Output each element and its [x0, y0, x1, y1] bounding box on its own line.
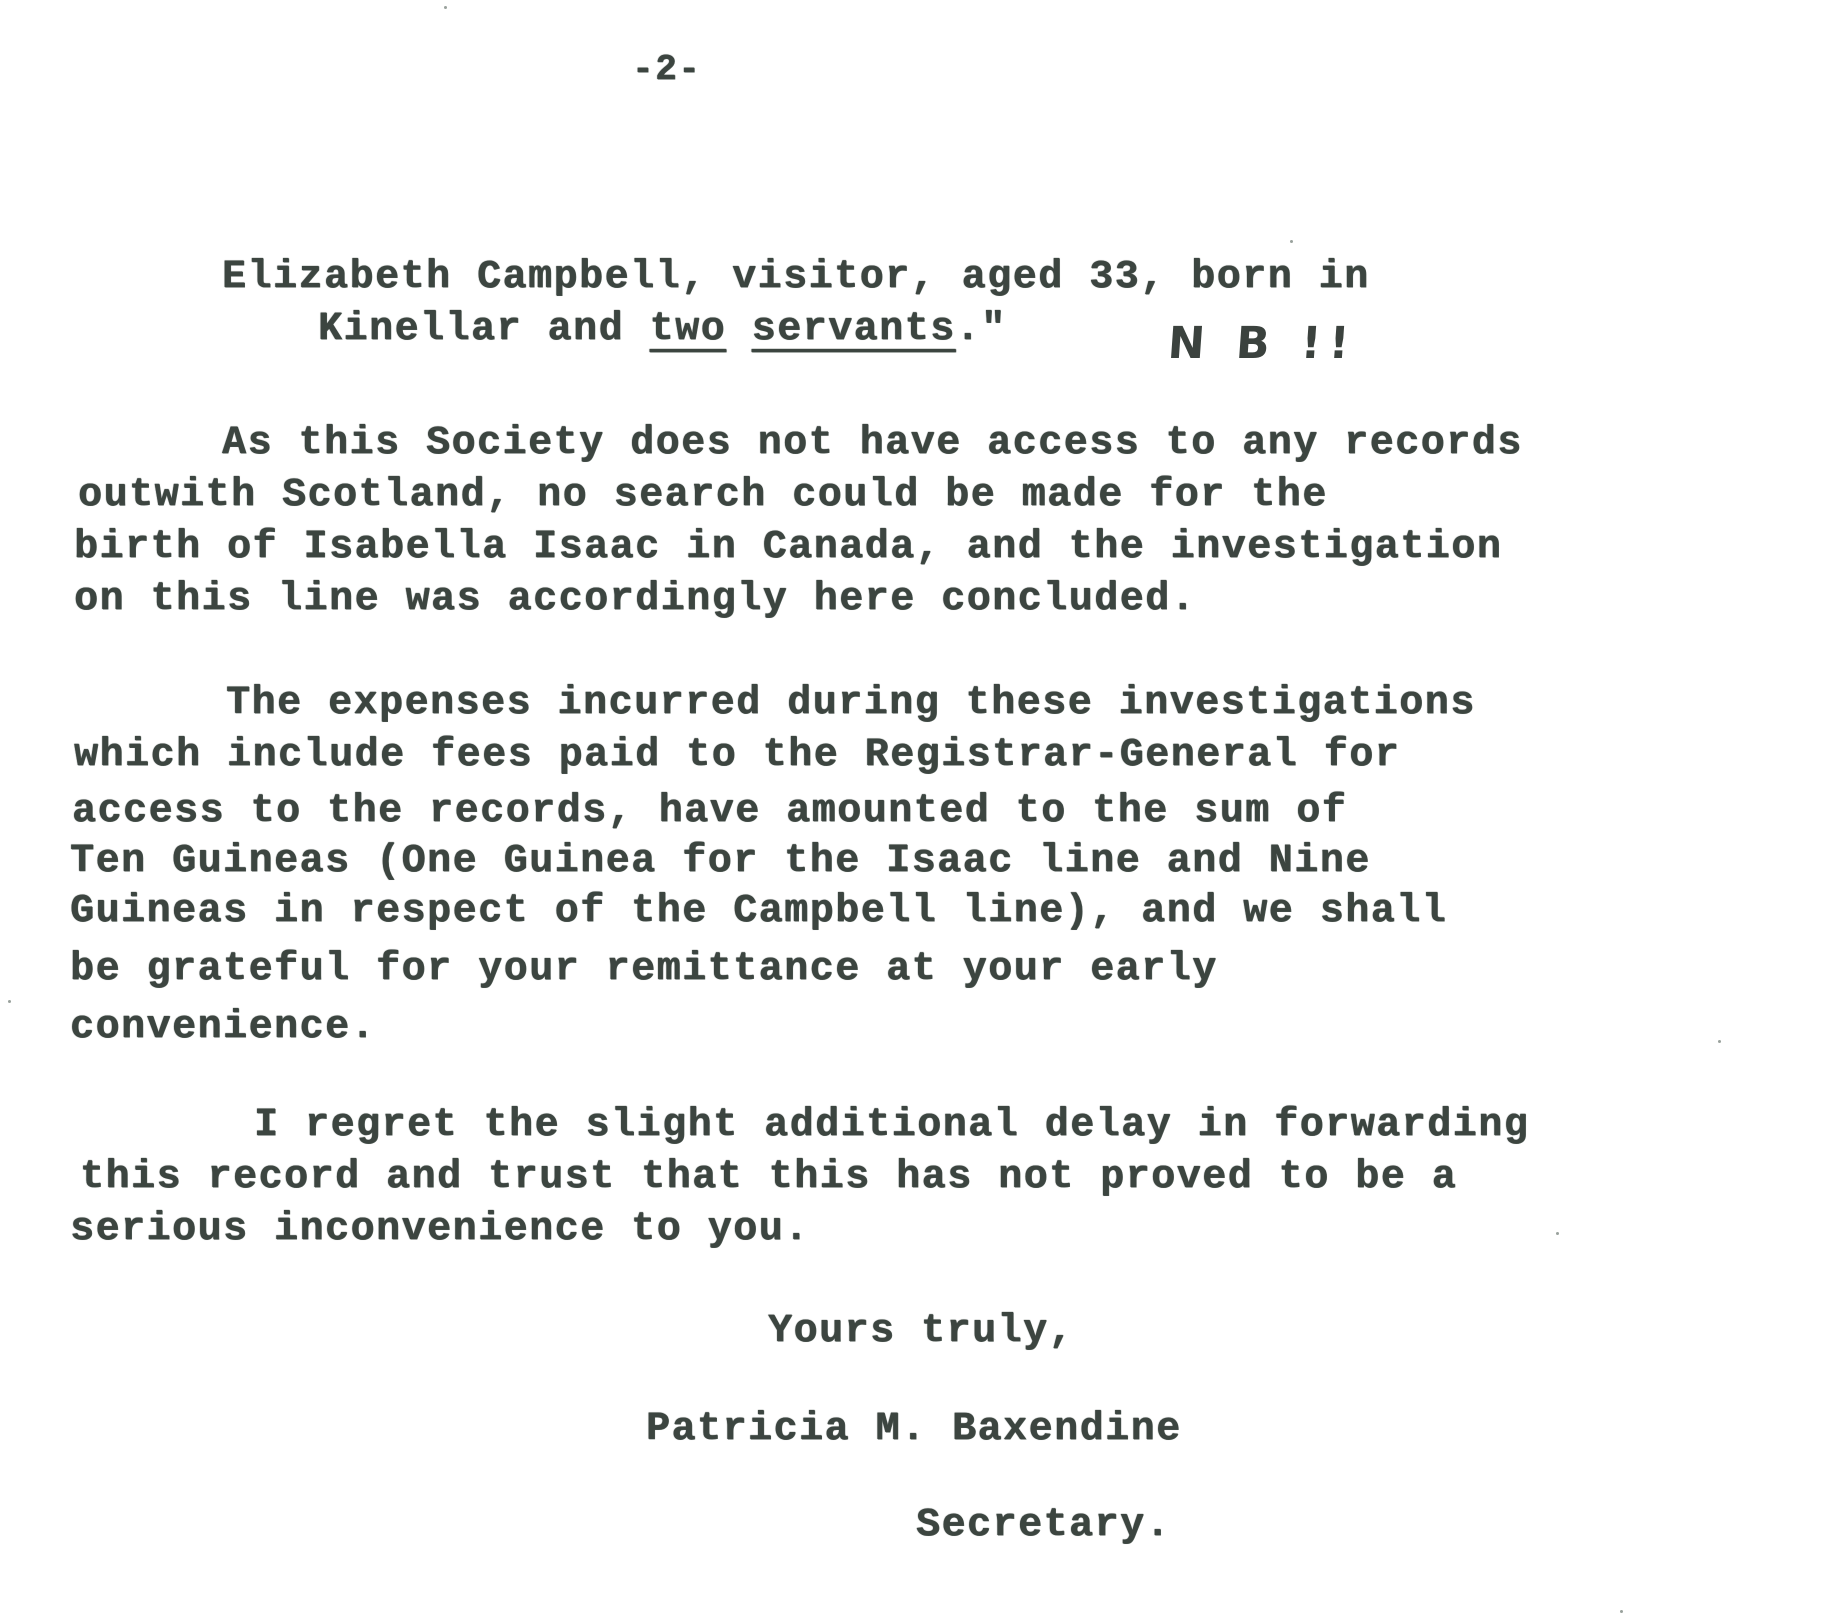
page-number: -2-	[632, 44, 701, 96]
census-quote-text: Kinellar and	[318, 307, 650, 352]
apology-line-1: I regret the slight additional delay in …	[254, 1100, 1529, 1152]
signatory-title: Secretary.	[916, 1500, 1171, 1552]
scan-speck	[1620, 1610, 1623, 1613]
census-quote-space	[726, 307, 752, 352]
expenses-line-7: convenience.	[70, 1002, 376, 1054]
society-line-2: outwith Scotland, no search could be mad…	[78, 470, 1328, 522]
expenses-line-2: which include fees paid to the Registrar…	[74, 730, 1400, 782]
census-quote-line-1: Elizabeth Campbell, visitor, aged 33, bo…	[222, 252, 1370, 304]
valediction: Yours truly,	[768, 1306, 1074, 1358]
scan-speck	[1290, 240, 1293, 243]
census-quote-tail: ."	[956, 307, 1007, 352]
underlined-servants: servants	[752, 307, 956, 352]
census-quote-line-2: Kinellar and two servants."	[318, 304, 1007, 356]
society-line-3: birth of Isabella Isaac in Canada, and t…	[74, 522, 1502, 574]
scan-speck	[444, 6, 447, 9]
expenses-line-5: Guineas in respect of the Campbell line)…	[70, 886, 1447, 938]
apology-line-2: this record and trust that this has not …	[80, 1152, 1457, 1204]
society-line-1: As this Society does not have access to …	[222, 418, 1523, 470]
signatory-name: Patricia M. Baxendine	[646, 1404, 1182, 1456]
scan-speck	[1556, 1232, 1559, 1235]
society-line-4: on this line was accordingly here conclu…	[74, 574, 1196, 626]
expenses-line-3: access to the records, have amounted to …	[72, 786, 1347, 838]
apology-line-3: serious inconvenience to you.	[70, 1204, 810, 1256]
expenses-line-6: be grateful for your remittance at your …	[70, 944, 1218, 996]
underlined-two: two	[650, 307, 727, 352]
handwritten-nota-bene: N B !!	[1166, 318, 1359, 369]
scan-speck	[1718, 1040, 1721, 1043]
expenses-line-4: Ten Guineas (One Guinea for the Isaac li…	[70, 836, 1371, 888]
scan-speck	[8, 1000, 11, 1003]
expenses-line-1: The expenses incurred during these inves…	[226, 678, 1476, 730]
